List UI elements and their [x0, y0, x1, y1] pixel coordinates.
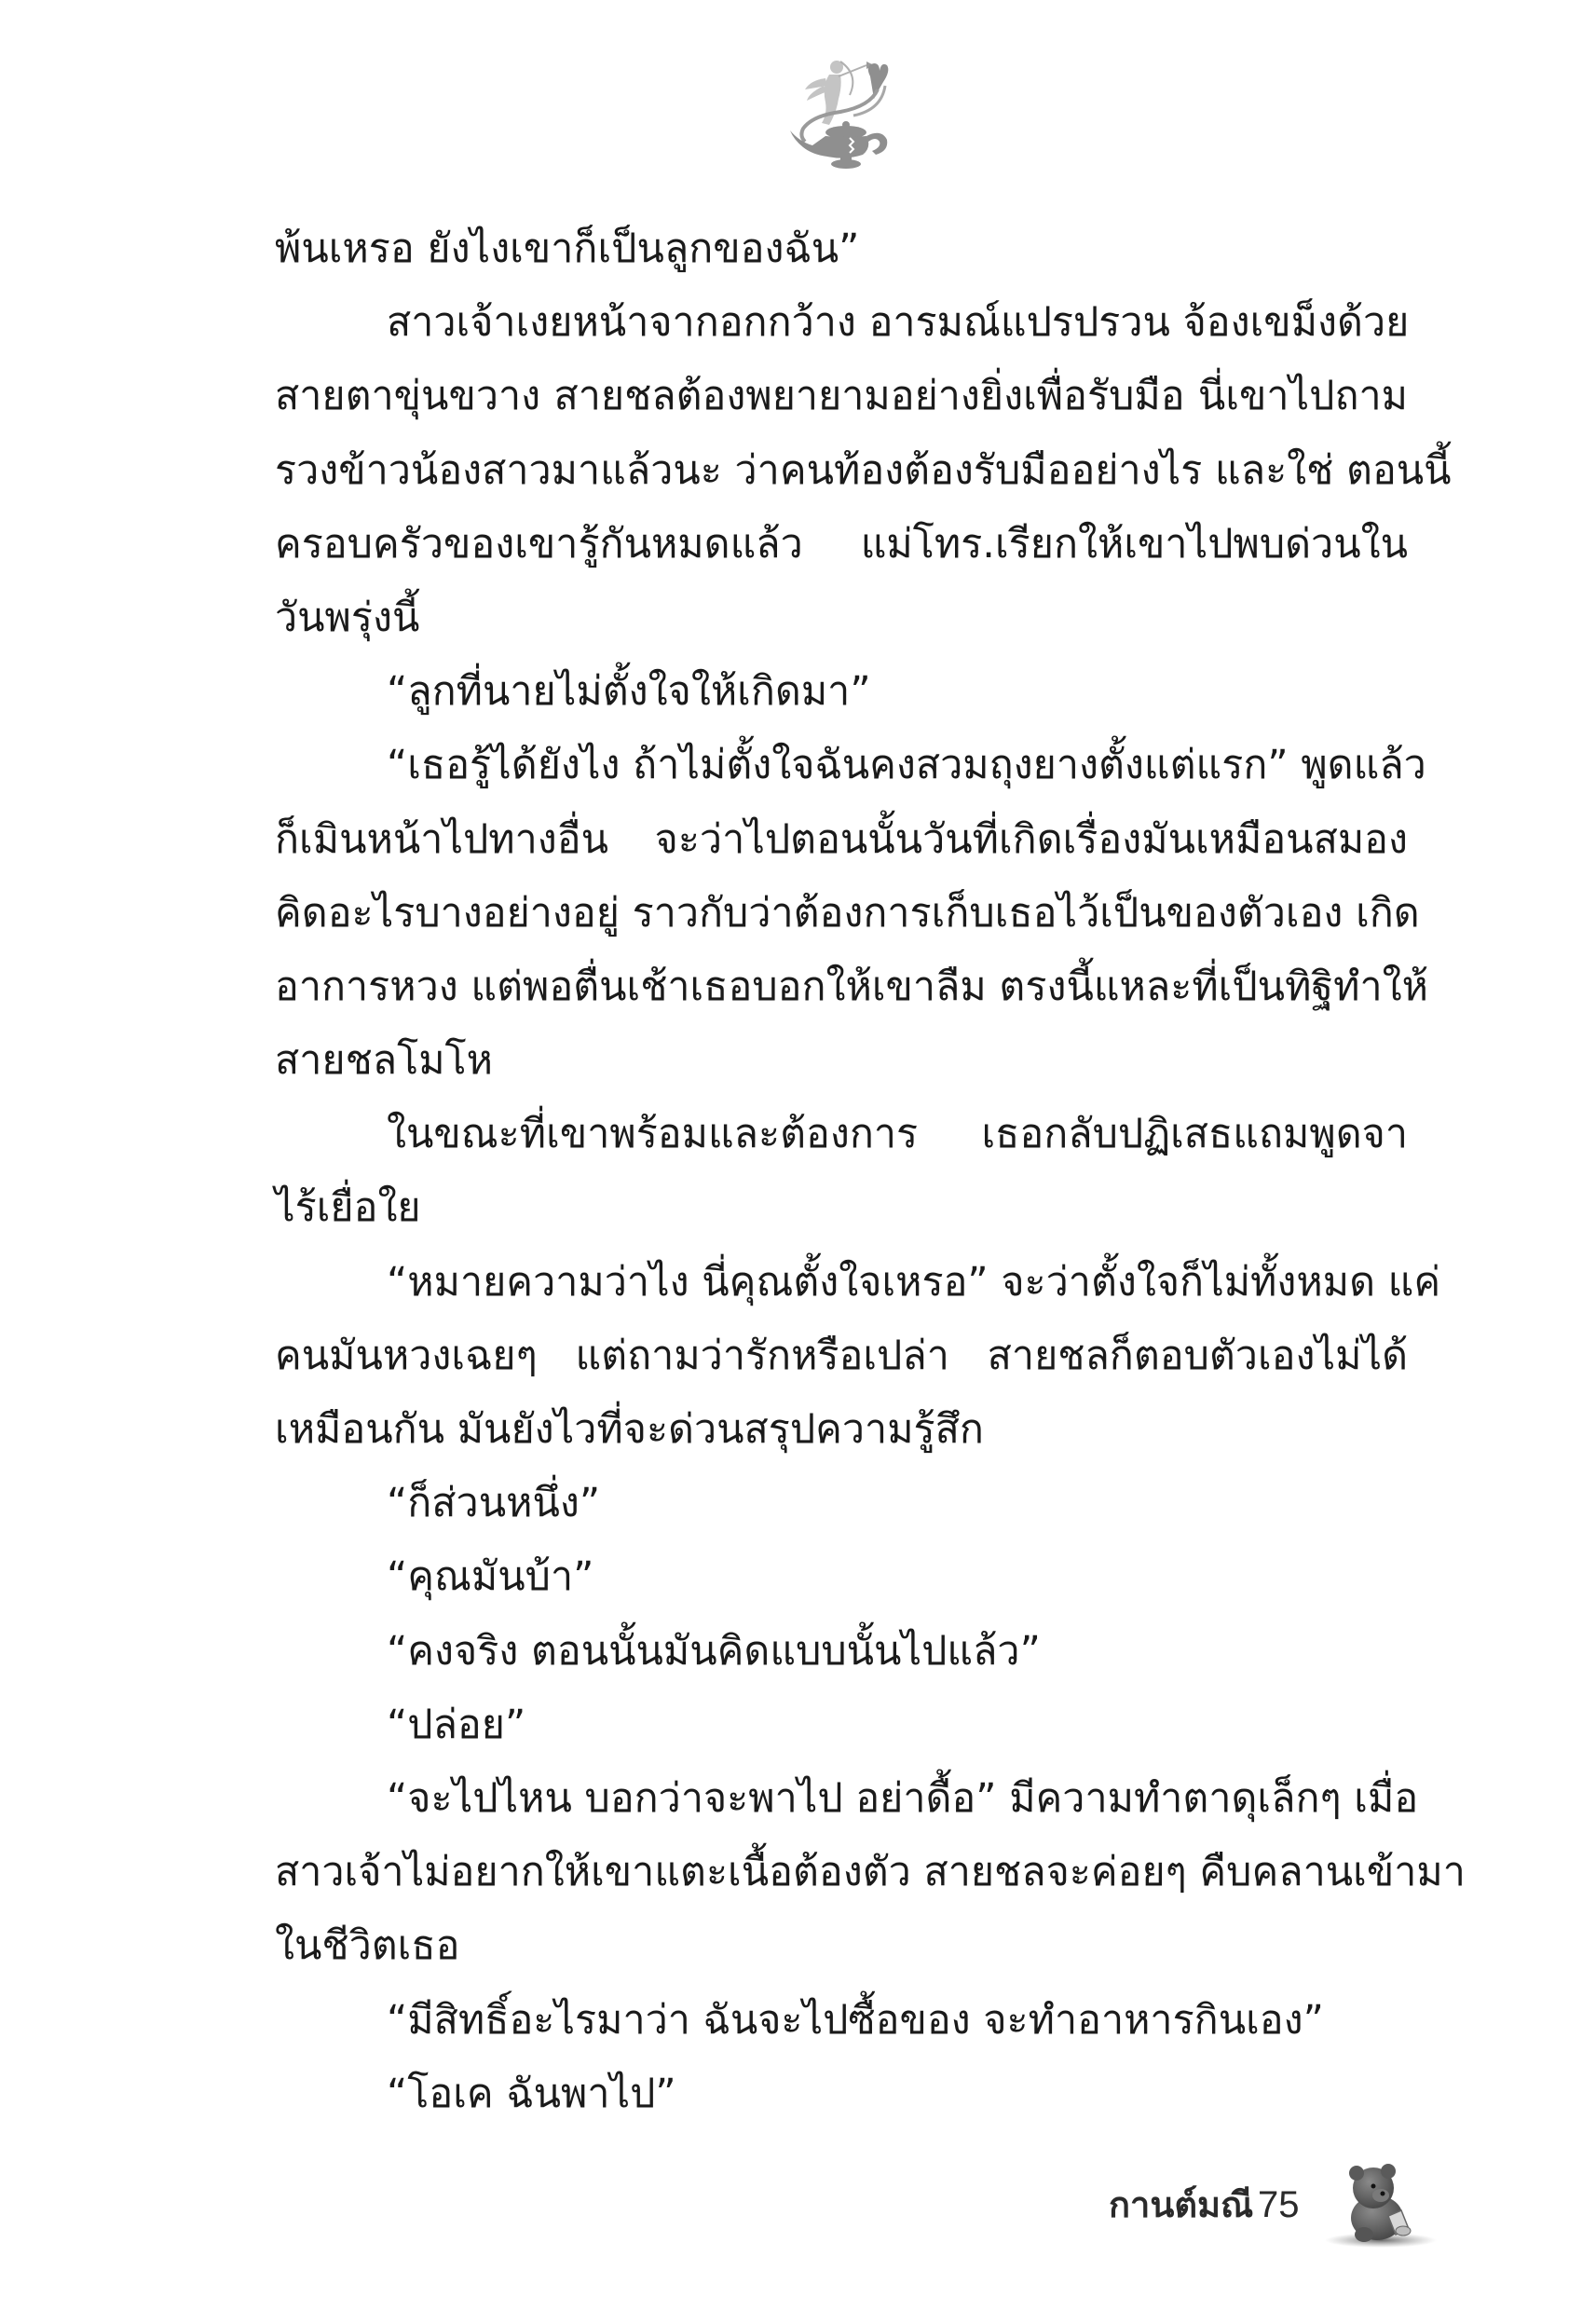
- text-line: ในชีวิตเธอ: [275, 1909, 1408, 1983]
- genie-lamp-cupid-icon: [784, 58, 894, 170]
- text-line: คนมันหวงเฉยๆ แต่ถามว่ารักหรือเปล่า สายชล…: [275, 1320, 1408, 1393]
- text-line: ครอบครัวของเขารู้กันหมดแล้ว แม่โทร.เรียก…: [275, 508, 1408, 581]
- text-line: สาวเจ้าไม่อยากให้เขาแตะเนื้อต้องตัว สายช…: [275, 1836, 1408, 1909]
- text-line: เหมือนกัน มันยังไวที่จะด่วนสรุปความรู้สึ…: [275, 1393, 1408, 1467]
- text-line: อาการหวง แต่พอตื่นเช้าเธอบอกให้เขาลืม ตร…: [275, 950, 1408, 1024]
- text-line: “ปล่อย”: [275, 1689, 1408, 1762]
- text-line: “คุณมันบ้า”: [275, 1540, 1408, 1614]
- text-line: “คงจริง ตอนนั้นมันคิดแบบนั้นไปแล้ว”: [275, 1615, 1408, 1689]
- text-line: สาวเจ้าเงยหน้าจากอกกว้าง อารมณ์แปรปรวน จ…: [275, 286, 1408, 360]
- text-line: “เธอรู้ได้ยังไง ถ้าไม่ตั้งใจฉันคงสวมถุงย…: [275, 729, 1408, 802]
- text-line: “ลูกที่นายไม่ตั้งใจให้เกิดมา”: [275, 655, 1408, 729]
- text-line: “มีสิทธิ์อะไรมาว่า ฉันจะไปซื้อของ จะทำอา…: [275, 1984, 1408, 2058]
- author-name: กานต์มณี: [1109, 2182, 1253, 2227]
- text-line: “ก็ส่วนหนึ่ง”: [275, 1467, 1408, 1540]
- text-line: “หมายความว่าไง นี่คุณตั้งใจเหรอ” จะว่าตั…: [275, 1246, 1408, 1320]
- text-line: สายตาขุ่นขวาง สายชลต้องพยายามอย่างยิ่งเพ…: [275, 360, 1408, 433]
- text-line: ไร้เยื่อใย: [275, 1171, 1408, 1245]
- text-line: ก็เมินหน้าไปทางอื่น จะว่าไปตอนนั้นวันที่…: [275, 803, 1408, 877]
- text-line: “โอเค ฉันพาไป”: [275, 2058, 1408, 2131]
- text-line: พ้นเหรอ ยังไงเขาก็เป็นลูกของฉัน”: [275, 212, 1408, 286]
- text-line: สายชลโมโห: [275, 1024, 1408, 1098]
- page-number: 75: [1258, 2182, 1300, 2227]
- text-line: รวงข้าวน้องสาวมาแล้วนะ ว่าคนท้องต้องรับม…: [275, 434, 1408, 508]
- story-body: พ้นเหรอ ยังไงเขาก็เป็นลูกของฉัน” สาวเจ้า…: [275, 212, 1408, 2131]
- text-line: วันพรุ่งนี้: [275, 581, 1408, 655]
- text-line: ในขณะที่เขาพร้อมและต้องการ เธอกลับปฏิเสธ…: [275, 1098, 1408, 1171]
- page-footer: กานต์มณี 75: [1099, 2160, 1453, 2249]
- teddy-bear-with-bell-icon: [1323, 2160, 1444, 2249]
- text-line: คิดอะไรบางอย่างอยู่ ราวกับว่าต้องการเก็บ…: [275, 877, 1408, 950]
- text-line: “จะไปไหน บอกว่าจะพาไป อย่าดื้อ” มีความทำ…: [275, 1762, 1408, 1836]
